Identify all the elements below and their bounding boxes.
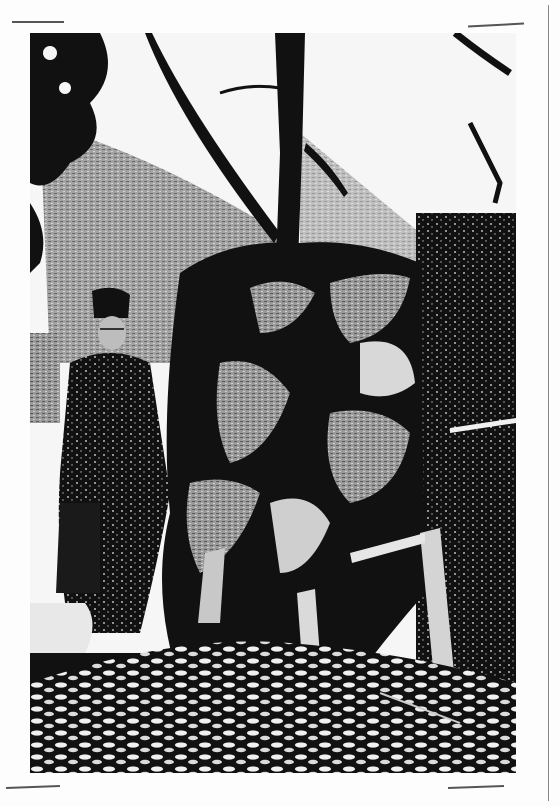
- crop-mark-bottom-right: [448, 785, 504, 789]
- scanned-page: [0, 0, 560, 806]
- crop-mark-top-right: [468, 23, 524, 28]
- photograph: [30, 33, 516, 773]
- photo-illustration: [30, 33, 516, 773]
- page-border-line: [548, 5, 549, 801]
- crop-mark-bottom-left: [6, 785, 60, 789]
- crop-mark-top-left: [12, 21, 64, 23]
